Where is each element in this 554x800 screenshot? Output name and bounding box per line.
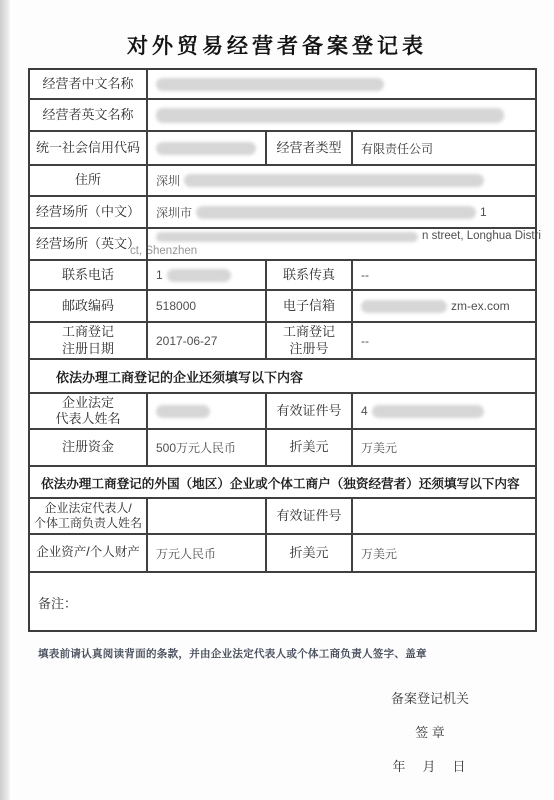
phone-prefix: 1	[156, 268, 163, 282]
label-legal-representative-line1: 企业法定	[62, 395, 114, 411]
redacted-value	[156, 405, 210, 418]
domicile-prefix: 深圳	[156, 172, 180, 189]
id-number-prefix: 4	[361, 404, 368, 418]
value-phone: 1	[148, 261, 267, 289]
value-email: zm-ex.com	[353, 291, 535, 321]
value-foreign-representative	[148, 499, 267, 533]
authority-stamp-block: 备案登记机关 签 章 年 月 日	[368, 688, 492, 775]
section-header-domestic: 依法办理工商登记的企业还须填写以下内容	[30, 360, 535, 394]
registration-table: 经营者中文名称 经营者英文名称 统一社会信用代码 经营者类型 有限责任公司 住所	[28, 68, 537, 632]
business-place-en-line2: ct, Shenzhen	[130, 244, 197, 259]
value-credit-code	[148, 132, 267, 164]
label-chinese-name: 经营者中文名称	[30, 70, 148, 98]
value-fax: --	[353, 261, 535, 289]
label-english-name: 经营者英文名称	[30, 100, 148, 130]
label-assets: 企业资产/个人财产	[30, 535, 148, 571]
label-foreign-representative: 企业法定代表人/ 个体工商负责人姓名	[30, 499, 148, 533]
business-place-en-visible: n street, Longhua Distri	[422, 229, 541, 244]
redacted-value	[156, 142, 256, 155]
row-chinese-name: 经营者中文名称	[30, 70, 535, 100]
row-assets: 企业资产/个人财产 万元人民币 折美元 万美元	[30, 535, 535, 573]
label-credit-code: 统一社会信用代码	[30, 132, 148, 164]
label-legal-representative-line2: 代表人姓名	[55, 411, 120, 427]
row-phone-fax: 联系电话 1 联系传真 --	[30, 261, 535, 291]
label-email: 电子信箱	[267, 291, 353, 321]
label-usd-equivalent: 折美元	[267, 430, 353, 465]
business-place-cn-prefix: 深圳市	[156, 204, 192, 221]
row-business-place-en: 经营场所（英文） n street, Longhua Distri ct, Sh…	[30, 229, 535, 261]
redacted-value	[156, 232, 418, 242]
label-fax: 联系传真	[267, 261, 353, 289]
value-business-place-en: n street, Longhua Distri ct, Shenzhen	[148, 229, 549, 259]
row-domicile: 住所 深圳	[30, 166, 535, 197]
value-business-place-cn: 深圳市 1	[148, 197, 535, 227]
value-registration-number: --	[353, 323, 535, 358]
label-foreign-representative-line2: 个体工商负责人姓名	[34, 516, 142, 531]
value-foreign-id-number	[353, 499, 535, 533]
redacted-value	[156, 108, 504, 123]
label-registration-date: 工商登记 注册日期	[30, 323, 148, 358]
value-chinese-name	[148, 70, 535, 98]
row-registered-capital: 注册资金 500万元人民币 折美元 万美元	[30, 430, 535, 467]
row-registration-date: 工商登记 注册日期 2017-06-27 工商登记 注册号 --	[30, 323, 535, 360]
value-legal-representative	[148, 394, 267, 428]
label-operator-type: 经营者类型	[267, 132, 353, 164]
value-registration-date: 2017-06-27	[148, 323, 267, 358]
redacted-value	[184, 174, 484, 187]
label-registration-number-line2: 注册号	[289, 341, 328, 357]
redacted-value	[361, 300, 447, 313]
signing-instruction-note: 填表前请认真阅读背面的条款，并由企业法定代表人或个体工商负责人签字、盖章	[38, 646, 427, 661]
value-assets: 万元人民币	[148, 535, 267, 571]
business-place-cn-suffix: 1	[480, 205, 487, 219]
value-registered-capital: 500万元人民币	[148, 430, 267, 465]
business-place-en-line1: n street, Longhua Distri	[156, 229, 541, 244]
label-domicile: 住所	[30, 166, 148, 195]
email-suffix: zm-ex.com	[451, 299, 510, 313]
label-registration-number: 工商登记 注册号	[267, 323, 353, 358]
registration-authority-label: 备案登记机关	[391, 688, 469, 707]
row-english-name: 经营者英文名称	[30, 100, 535, 132]
label-registration-number-line1: 工商登记	[283, 324, 335, 340]
label-phone: 联系电话	[30, 261, 148, 289]
row-remarks: 备注：	[30, 573, 535, 630]
redacted-value	[372, 405, 484, 418]
redacted-value	[196, 206, 476, 219]
row-credit-code: 统一社会信用代码 经营者类型 有限责任公司	[30, 132, 535, 166]
value-english-name	[148, 100, 535, 130]
value-usd-equivalent: 万美元	[353, 430, 535, 465]
value-postcode: 518000	[148, 291, 267, 321]
label-business-place-cn: 经营场所（中文）	[30, 197, 148, 227]
row-legal-representative: 企业法定 代表人姓名 有效证件号 4	[30, 394, 535, 430]
label-id-number: 有效证件号	[267, 394, 353, 428]
row-foreign-representative: 企业法定代表人/ 个体工商负责人姓名 有效证件号	[30, 499, 535, 535]
label-foreign-representative-line1: 企业法定代表人/	[44, 501, 131, 516]
seal-label: 签 章	[415, 722, 445, 741]
label-registered-capital: 注册资金	[30, 430, 148, 465]
label-foreign-id-number: 有效证件号	[267, 499, 353, 533]
value-domicile: 深圳	[148, 166, 535, 195]
value-id-number: 4	[353, 394, 535, 428]
label-assets-usd: 折美元	[267, 535, 353, 571]
section-header-foreign: 依法办理工商登记的外国（地区）企业或个体工商户（独资经营者）还须填写以下内容	[30, 467, 535, 499]
row-postcode-email: 邮政编码 518000 电子信箱 zm-ex.com	[30, 291, 535, 323]
label-remarks: 备注：	[38, 593, 77, 612]
form-title: 对外贸易经营者备案登记表	[0, 30, 554, 60]
label-registration-date-line1: 工商登记	[62, 324, 114, 340]
label-postcode: 邮政编码	[30, 291, 148, 321]
label-legal-representative: 企业法定 代表人姓名	[30, 394, 148, 428]
value-operator-type: 有限责任公司	[353, 132, 535, 164]
date-line: 年 月 日	[392, 756, 467, 775]
registration-form-page: 对外贸易经营者备案登记表 经营者中文名称 经营者英文名称 统一社会信用代码 经营…	[0, 0, 554, 800]
label-registration-date-line2: 注册日期	[62, 341, 114, 357]
row-business-place-cn: 经营场所（中文） 深圳市 1	[30, 197, 535, 229]
redacted-value	[167, 269, 231, 282]
scan-edge-artifact	[0, 0, 10, 800]
value-assets-usd: 万美元	[353, 535, 535, 571]
redacted-value	[156, 78, 384, 91]
